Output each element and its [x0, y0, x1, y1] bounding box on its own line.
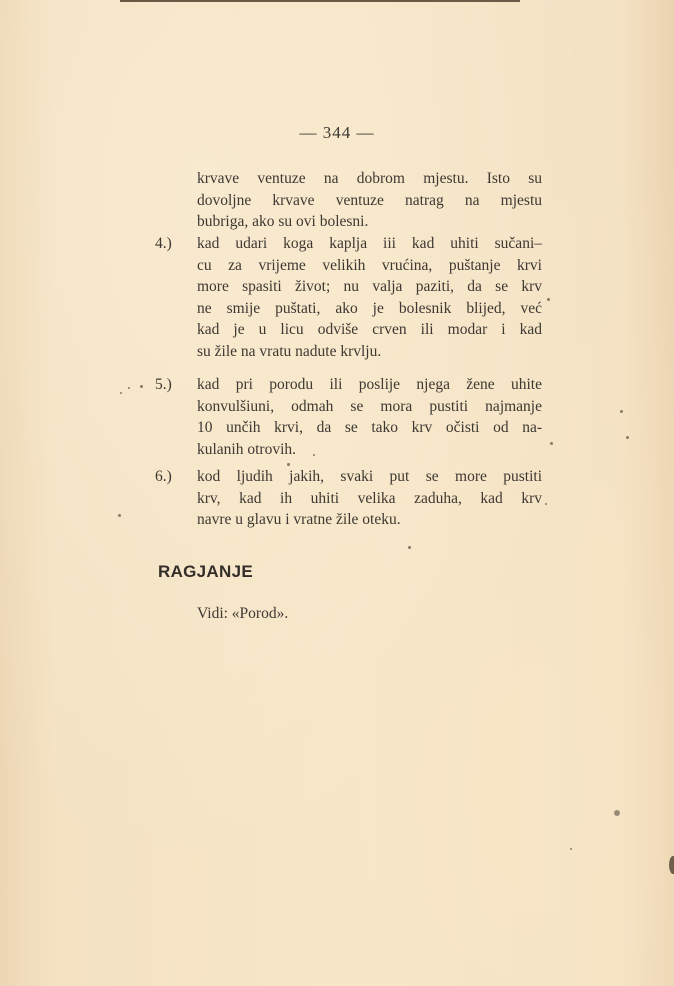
paper-speck [547, 298, 550, 301]
text-line: kulanih otrovih. [197, 439, 542, 461]
paper-speck [120, 392, 122, 394]
list-item-4: 4.) kad udari koga kaplja iii kad uhiti … [197, 233, 542, 363]
item-number: 4.) [155, 233, 193, 255]
text-line: kad udari koga kaplja iii kad uhiti suča… [197, 233, 542, 255]
paper-speck [313, 454, 315, 456]
paper-speck [140, 385, 143, 388]
text-line: kad je u licu odviše crven ili modar i k… [197, 319, 542, 341]
paper-speck [620, 410, 623, 413]
paper-speck [570, 848, 572, 850]
paper-speck [408, 546, 411, 549]
text-line: ne smije puštati, ako je bolesnik blijed… [197, 298, 542, 320]
section-heading: RAGJANJE [158, 562, 253, 582]
paper-speck [626, 436, 629, 439]
paper-speck [669, 856, 674, 874]
list-item-5: 5.) kad pri porodu ili poslije njega žen… [197, 374, 542, 460]
text-line: kod ljudih jakih, svaki put se more pust… [197, 466, 542, 488]
book-page: — 344 — krvave ventuze na dobrom mjestu.… [0, 0, 674, 986]
page-number: — 344 — [0, 123, 674, 143]
text-line: bubriga, ako su ovi bolesni. [197, 211, 542, 233]
text-line: cu za vrijeme velikih vrućina, puštanje … [197, 255, 542, 277]
text-line: 10 unčih krvi, da se tako krv očisti od … [197, 417, 542, 439]
text-line: konvulšiuni, odmah se mora pustiti najma… [197, 396, 542, 418]
text-line: dovoljne krvave ventuze natrag na mjestu [197, 190, 542, 212]
paper-speck [550, 442, 553, 445]
item-number: 6.) [155, 466, 193, 488]
text-line: su žile na vratu nadute krvlju. [197, 341, 542, 363]
see-also-reference: Vidi: «Porod». [197, 605, 288, 623]
text-line: more spasiti život; nu valja paziti, da … [197, 276, 542, 298]
item-number: 5.) [155, 374, 193, 396]
paper-speck [614, 810, 620, 816]
intro-paragraph: krvave ventuze na dobrom mjestu. Isto su… [197, 168, 542, 233]
paper-speck [128, 387, 130, 389]
paper-speck [545, 503, 547, 505]
page-top-edge [120, 0, 520, 2]
text-line: krvave ventuze na dobrom mjestu. Isto su [197, 168, 542, 190]
list-item-6: 6.) kod ljudih jakih, svaki put se more … [197, 466, 542, 531]
paper-speck [287, 463, 290, 466]
paper-speck [118, 514, 121, 517]
text-line: krv, kad ih uhiti velika zaduha, kad krv [197, 488, 542, 510]
text-line: kad pri porodu ili poslije njega žene uh… [197, 374, 542, 396]
text-line: navre u glavu i vratne žile oteku. [197, 509, 542, 531]
